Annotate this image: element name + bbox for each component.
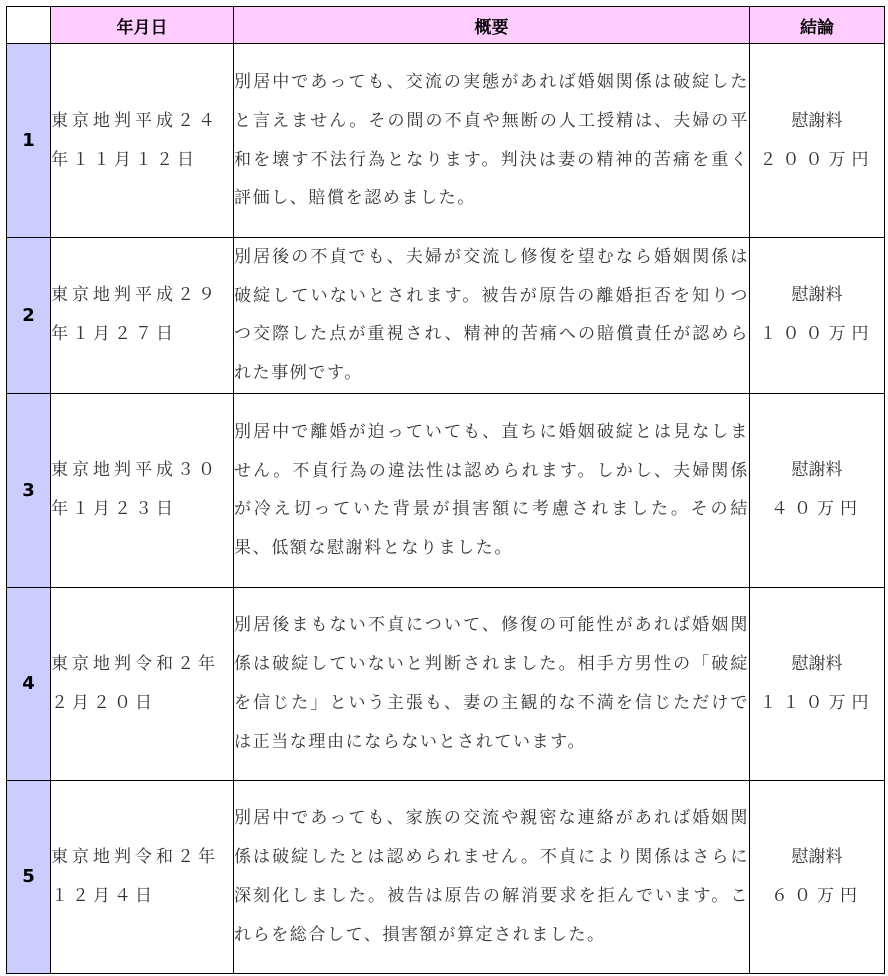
result-amount: １１０万円 (750, 684, 884, 723)
row-index: 2 (7, 238, 51, 394)
case-result: 慰謝料 ２００万円 (750, 44, 885, 238)
table-row: 5 東京地判令和２年１２月４日 別居中であっても、家族の交流や親密な連絡があれば… (7, 780, 885, 973)
header-result: 結論 (750, 7, 885, 44)
table-row: 2 東京地判平成２９年１月２７日 別居後の不貞でも、夫婦が交流し修復を望むなら婚… (7, 238, 885, 394)
result-amount: ４０万円 (750, 490, 884, 529)
case-result: 慰謝料 ６０万円 (750, 780, 885, 973)
result-amount: ２００万円 (750, 141, 884, 180)
case-date: 東京地判令和２年２月２０日 (51, 587, 234, 780)
case-summary: 別居中であっても、家族の交流や親密な連絡があれば婚姻関係は破綻したとは認められま… (234, 780, 750, 973)
result-amount: ６０万円 (750, 877, 884, 916)
table-row: 3 東京地判平成３０年１月２３日 別居中で離婚が迫っていても、直ちに婚姻破綻とは… (7, 393, 885, 587)
case-summary: 別居後まもない不貞について、修復の可能性があれば婚姻関係は破綻していないと判断さ… (234, 587, 750, 780)
case-result: 慰謝料 １１０万円 (750, 587, 885, 780)
row-index: 4 (7, 587, 51, 780)
row-index: 5 (7, 780, 51, 973)
header-summary: 概要 (234, 7, 750, 44)
result-label: 慰謝料 (750, 645, 884, 684)
result-label: 慰謝料 (750, 102, 884, 141)
table-row: 4 東京地判令和２年２月２０日 別居後まもない不貞について、修復の可能性があれば… (7, 587, 885, 780)
court-cases-table: 年月日 概要 結論 1 東京地判平成２４年１１月１２日 別居中であっても、交流の… (6, 6, 885, 974)
header-date: 年月日 (51, 7, 234, 44)
result-label: 慰謝料 (750, 838, 884, 877)
result-label: 慰謝料 (750, 276, 884, 315)
case-result: 慰謝料 １００万円 (750, 238, 885, 394)
case-summary: 別居後の不貞でも、夫婦が交流し修復を望むなら婚姻関係は破綻していないとされます。… (234, 238, 750, 394)
header-row: 年月日 概要 結論 (7, 7, 885, 44)
row-index: 3 (7, 393, 51, 587)
case-date: 東京地判令和２年１２月４日 (51, 780, 234, 973)
case-summary: 別居中で離婚が迫っていても、直ちに婚姻破綻とは見なしません。不貞行為の違法性は認… (234, 393, 750, 587)
case-date: 東京地判平成２９年１月２７日 (51, 238, 234, 394)
case-date: 東京地判平成３０年１月２３日 (51, 393, 234, 587)
case-date: 東京地判平成２４年１１月１２日 (51, 44, 234, 238)
table-row: 1 東京地判平成２４年１１月１２日 別居中であっても、交流の実態があれば婚姻関係… (7, 44, 885, 238)
result-label: 慰謝料 (750, 451, 884, 490)
result-amount: １００万円 (750, 315, 884, 354)
case-summary: 別居中であっても、交流の実態があれば婚姻関係は破綻したと言えません。その間の不貞… (234, 44, 750, 238)
header-index (7, 7, 51, 44)
case-result: 慰謝料 ４０万円 (750, 393, 885, 587)
row-index: 1 (7, 44, 51, 238)
